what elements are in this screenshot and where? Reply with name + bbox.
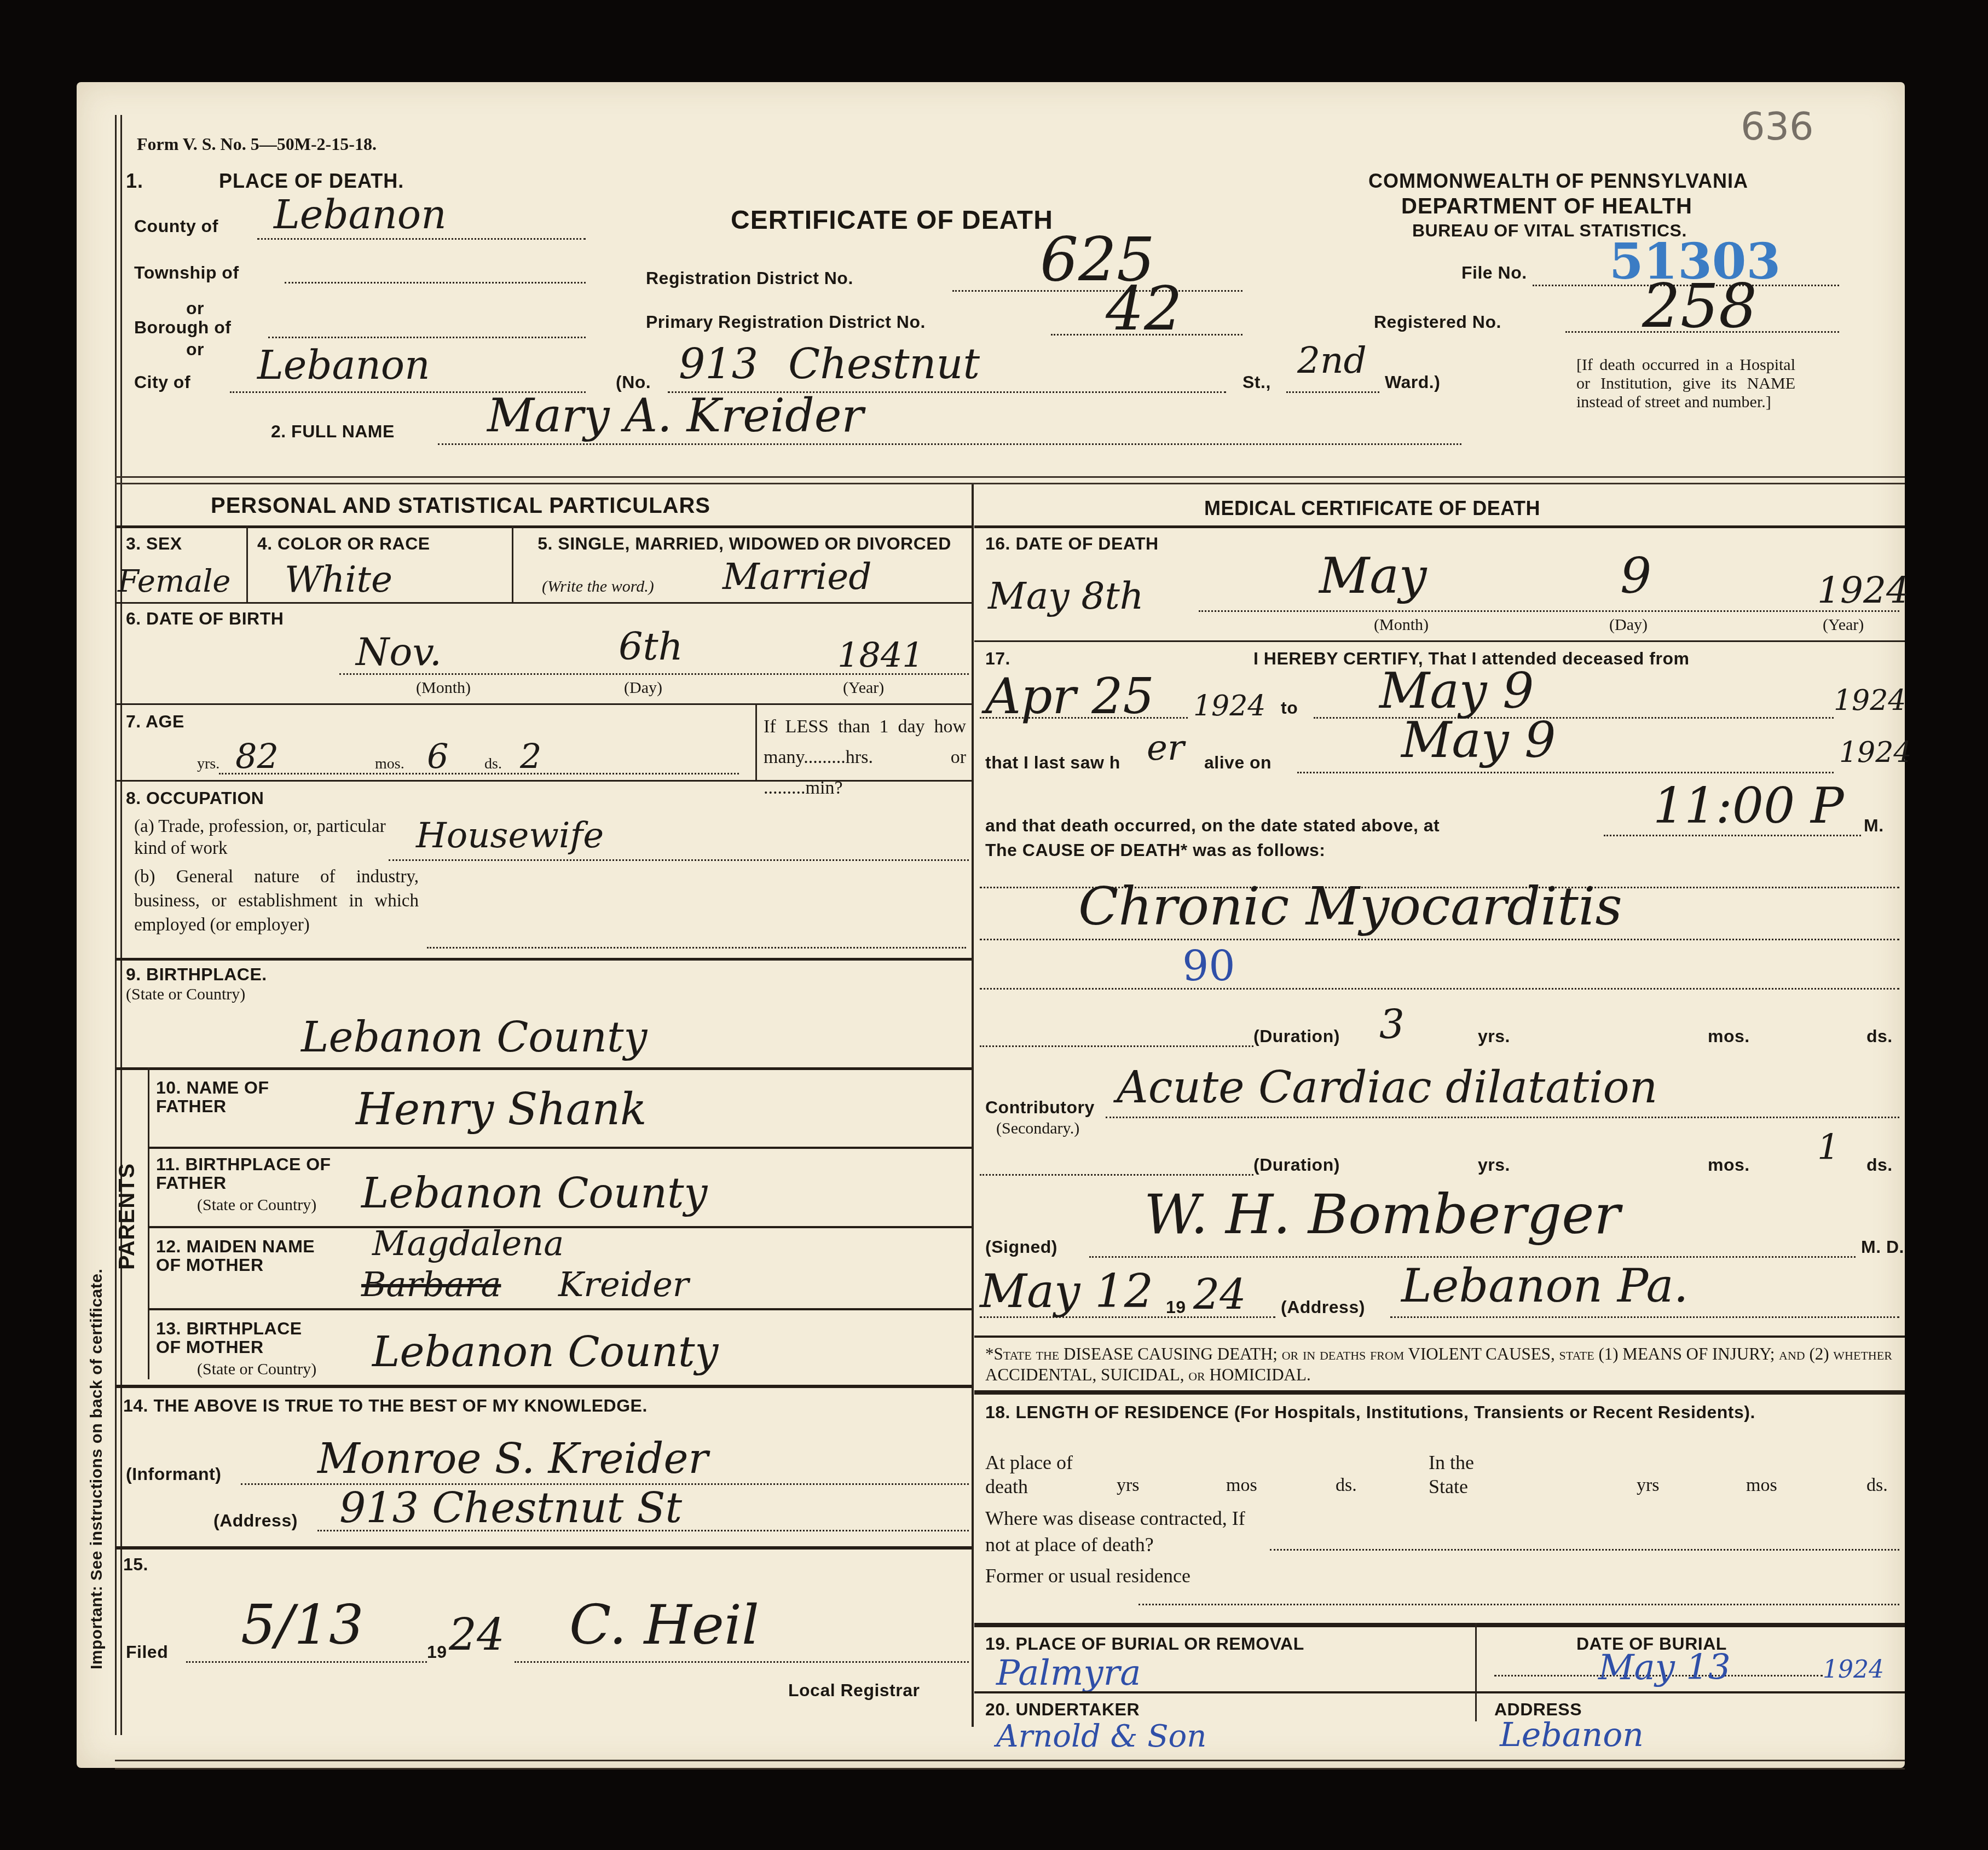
section-number: 1.: [126, 170, 143, 193]
death-month-caption: (Month): [1374, 616, 1429, 634]
filing-section-label: 15.: [123, 1554, 148, 1575]
signed-date: May 12: [980, 1264, 1153, 1318]
burial-year: 1924: [1823, 1656, 1884, 1684]
in-state-yrs: yrs: [1637, 1475, 1660, 1496]
father-birthplace-label: 11. BIRTHPLACE OF FATHER: [156, 1155, 331, 1192]
signed-address-value: Lebanon Pa.: [1401, 1259, 1688, 1313]
alive-on-label: alive on: [1204, 753, 1272, 773]
contributory-label: Contributory: [985, 1097, 1095, 1118]
physician-signature: W. H. Bomberger: [1144, 1182, 1620, 1246]
time-suffix: M.: [1864, 816, 1884, 836]
death-certificate: Important: See instructions on back of c…: [77, 82, 1905, 1768]
or-label: or: [186, 298, 204, 319]
signed-address-label: (Address): [1281, 1297, 1365, 1317]
mother-name-label: 12. MAIDEN NAME OF MOTHER: [156, 1237, 331, 1274]
registered-no-value: 258: [1642, 271, 1757, 341]
attended-from-year: 1924: [1193, 690, 1265, 722]
street-value: Chestnut: [788, 339, 980, 388]
registered-no-label: Registered No.: [1374, 312, 1501, 332]
occupation-label: 8. OCCUPATION: [126, 788, 264, 808]
age-days-label: ds.: [484, 755, 502, 773]
father-birthplace-hint: (State or Country): [197, 1196, 316, 1215]
in-state-ds: ds.: [1866, 1475, 1888, 1496]
burial-place-label: 19. PLACE OF BURIAL OR REMOVAL: [985, 1634, 1304, 1654]
dob-label: 6. DATE OF BIRTH: [126, 609, 284, 629]
death-year-caption: (Year): [1823, 616, 1864, 634]
at-place-mos: mos: [1226, 1475, 1257, 1496]
contracted-label: Where was disease contracted, If not at …: [985, 1505, 1270, 1558]
undertaker-address-value: Lebanon: [1500, 1716, 1644, 1754]
marital-label: 5. SINGLE, MARRIED, WIDOWED OR DIVORCED: [520, 534, 969, 553]
cause-footnote: *State the DISEASE CAUSING DEATH; or in …: [985, 1344, 1899, 1385]
filed-label: Filed: [126, 1642, 168, 1662]
form-number: Form V. S. No. 5—50M-2-15-18.: [137, 134, 377, 154]
margin-rule: [115, 115, 117, 1735]
occurred-text: and that death occurred, on the date sta…: [985, 816, 1440, 836]
informant-label: (Informant): [126, 1464, 221, 1484]
occupation-a-label: (a) Trade, profession, or, particular ki…: [134, 816, 386, 859]
undertaker-value: Arnold & Son: [996, 1719, 1206, 1754]
marital-hint: (Write the word.): [542, 577, 654, 596]
township-label: Township of: [134, 263, 239, 283]
mos-label: mos.: [1708, 1026, 1750, 1047]
signed-year: 24: [1193, 1270, 1246, 1319]
registrar-label: Local Registrar: [788, 1680, 920, 1701]
father-name-label: 10. NAME OF FATHER: [156, 1078, 315, 1115]
birthplace-value: Lebanon County: [301, 1013, 648, 1061]
yrs-label: yrs.: [1478, 1026, 1510, 1047]
primary-district-value: 42: [1106, 274, 1182, 344]
filed-date: 5/13: [241, 1593, 364, 1657]
duration-label: (Duration): [1253, 1026, 1340, 1047]
ward-label: Ward.): [1385, 372, 1440, 392]
informant-address-value: 913 Chestnut St: [339, 1483, 682, 1532]
last-saw-pronoun: er: [1147, 728, 1184, 768]
sex-value: Female: [118, 564, 230, 599]
personal-heading: PERSONAL AND STATISTICAL PARTICULARS: [211, 494, 710, 518]
certify-number: 17.: [985, 649, 1010, 669]
father-birthplace-value: Lebanon County: [361, 1169, 708, 1217]
death-month: May: [1319, 547, 1427, 605]
age-years-label: yrs.: [197, 755, 219, 773]
attended-to-year: 1924: [1834, 684, 1906, 717]
contributory-duration-days: 1: [1817, 1128, 1840, 1168]
registrar-signature: C. Heil: [569, 1593, 759, 1657]
race-label: 4. COLOR OR RACE: [257, 534, 430, 554]
date-of-death-note: May 8th: [988, 575, 1144, 618]
marital-value: Married: [723, 556, 871, 598]
at-place-label: At place of death: [985, 1450, 1095, 1499]
street-suffix-label: St.,: [1242, 372, 1271, 392]
date-of-death-label: 16. DATE OF DEATH: [985, 534, 1159, 554]
last-saw-label: that I last saw h: [985, 753, 1120, 773]
md-label: M. D.: [1861, 1237, 1904, 1257]
informant-value: Monroe S. Kreider: [317, 1434, 708, 1483]
full-name-value: Mary A. Kreider: [487, 389, 864, 442]
city-label: City of: [134, 372, 190, 392]
mother-birthplace-hint: (State or Country): [197, 1360, 316, 1379]
full-name-label: 2. FULL NAME: [271, 421, 395, 442]
birthplace-label: 9. BIRTHPLACE.: [126, 964, 267, 985]
race-value: White: [285, 558, 392, 600]
mother-name-struck: Barbara: [361, 1264, 501, 1304]
burial-place-value: Palmyra: [996, 1653, 1141, 1693]
contributory-yrs-label: yrs.: [1478, 1155, 1510, 1175]
signed-label: (Signed): [985, 1237, 1057, 1257]
agency-line-1: COMMONWEALTH OF PENNSYLVANIA: [1368, 170, 1748, 193]
filed-year-prefix: 19: [427, 1642, 447, 1662]
burial-date-value: May 13: [1598, 1647, 1731, 1688]
in-state-label: In the State: [1429, 1450, 1505, 1499]
attended-from: Apr 25: [985, 668, 1154, 725]
at-place-yrs: yrs: [1117, 1475, 1140, 1496]
contributory-value: Acute Cardiac dilatation: [1117, 1062, 1657, 1113]
mother-name-inserted: Magdalena: [372, 1223, 564, 1263]
death-year: 1924: [1817, 569, 1909, 611]
to-label: to: [1281, 698, 1298, 718]
or-label: or: [186, 339, 204, 360]
year-caption: (Year): [843, 679, 884, 697]
occupation-a-value: Housewife: [416, 816, 604, 856]
secondary-label: (Secondary.): [996, 1119, 1079, 1138]
street-no-value: 913: [679, 339, 758, 388]
mother-birthplace-label: 13. BIRTHPLACE OF MOTHER: [156, 1319, 331, 1356]
mother-birthplace-value: Lebanon County: [372, 1327, 719, 1376]
margin-rule: [120, 115, 122, 1735]
age-years: 82: [235, 736, 279, 776]
age-months: 6: [427, 736, 448, 776]
signed-year-prefix: 19: [1166, 1297, 1186, 1317]
borough-label: Borough of: [134, 317, 231, 338]
hospital-note: [If death occurred in a Hospital or Inst…: [1576, 356, 1795, 412]
sex-label: 3. SEX: [126, 534, 182, 554]
pencil-number: 636: [1741, 104, 1814, 149]
in-state-mos: mos: [1746, 1475, 1777, 1496]
less-than-day-note: If LESS than 1 day how many.........hrs.…: [764, 712, 966, 803]
ward-value: 2nd: [1297, 339, 1367, 381]
ds-label: ds.: [1866, 1026, 1893, 1047]
cause-value: Chronic Myocarditis: [1078, 876, 1622, 937]
contributory-duration-label: (Duration): [1253, 1155, 1340, 1175]
occupation-b-label: (b) General nature of industry, business…: [134, 865, 419, 937]
medical-heading: MEDICAL CERTIFICATE OF DEATH: [1204, 497, 1540, 520]
county-label: County of: [134, 216, 218, 236]
cause-intro: The CAUSE OF DEATH* was as follows:: [985, 840, 1325, 860]
filed-year: 24: [449, 1609, 505, 1660]
birthplace-hint: (State or Country): [126, 985, 245, 1004]
last-saw-year: 1924: [1839, 736, 1911, 769]
death-day-caption: (Day): [1609, 616, 1648, 634]
cause-code: 90: [1182, 941, 1235, 990]
age-months-label: mos.: [375, 755, 404, 773]
informant-statement: 14. THE ABOVE IS TRUE TO THE BEST OF MY …: [123, 1396, 648, 1416]
agency-line-2: DEPARTMENT OF HEALTH: [1401, 194, 1692, 219]
registration-district-label: Registration District No.: [646, 268, 853, 288]
month-caption: (Month): [416, 679, 471, 697]
contributory-mos-label: mos.: [1708, 1155, 1750, 1175]
age-label: 7. AGE: [126, 712, 184, 732]
day-caption: (Day): [624, 679, 662, 697]
age-days: 2: [520, 736, 541, 776]
former-residence-label: Former or usual residence: [985, 1563, 1215, 1589]
undertaker-label: 20. UNDERTAKER: [985, 1699, 1140, 1720]
city-value: Lebanon: [257, 342, 430, 388]
contributory-ds-label: ds.: [1866, 1155, 1893, 1175]
margin-note: Important: See instructions on back of c…: [88, 1269, 106, 1669]
residence-heading: 18. LENGTH OF RESIDENCE (For Hospitals, …: [985, 1401, 1899, 1423]
file-no-label: File No.: [1461, 263, 1527, 283]
primary-district-label: Primary Registration District No.: [646, 312, 926, 332]
at-place-ds: ds.: [1336, 1475, 1357, 1496]
duration-years: 3: [1379, 1002, 1405, 1048]
county-value: Lebanon: [274, 192, 447, 238]
place-of-death-heading: PLACE OF DEATH.: [219, 170, 404, 193]
time-of-death: 11:00 P: [1653, 777, 1844, 835]
mother-surname: Kreider: [558, 1264, 689, 1304]
informant-address-label: (Address): [213, 1511, 298, 1531]
dob-day: 6th: [619, 624, 683, 669]
dob-month: Nov.: [356, 629, 442, 674]
certificate-title: CERTIFICATE OF DEATH: [731, 205, 1053, 235]
last-saw-date: May 9: [1401, 712, 1556, 769]
death-day: 9: [1620, 547, 1651, 605]
father-name-value: Henry Shank: [356, 1084, 647, 1135]
dob-year: 1841: [837, 635, 924, 675]
parents-side-label: PARENTS: [115, 1163, 140, 1270]
